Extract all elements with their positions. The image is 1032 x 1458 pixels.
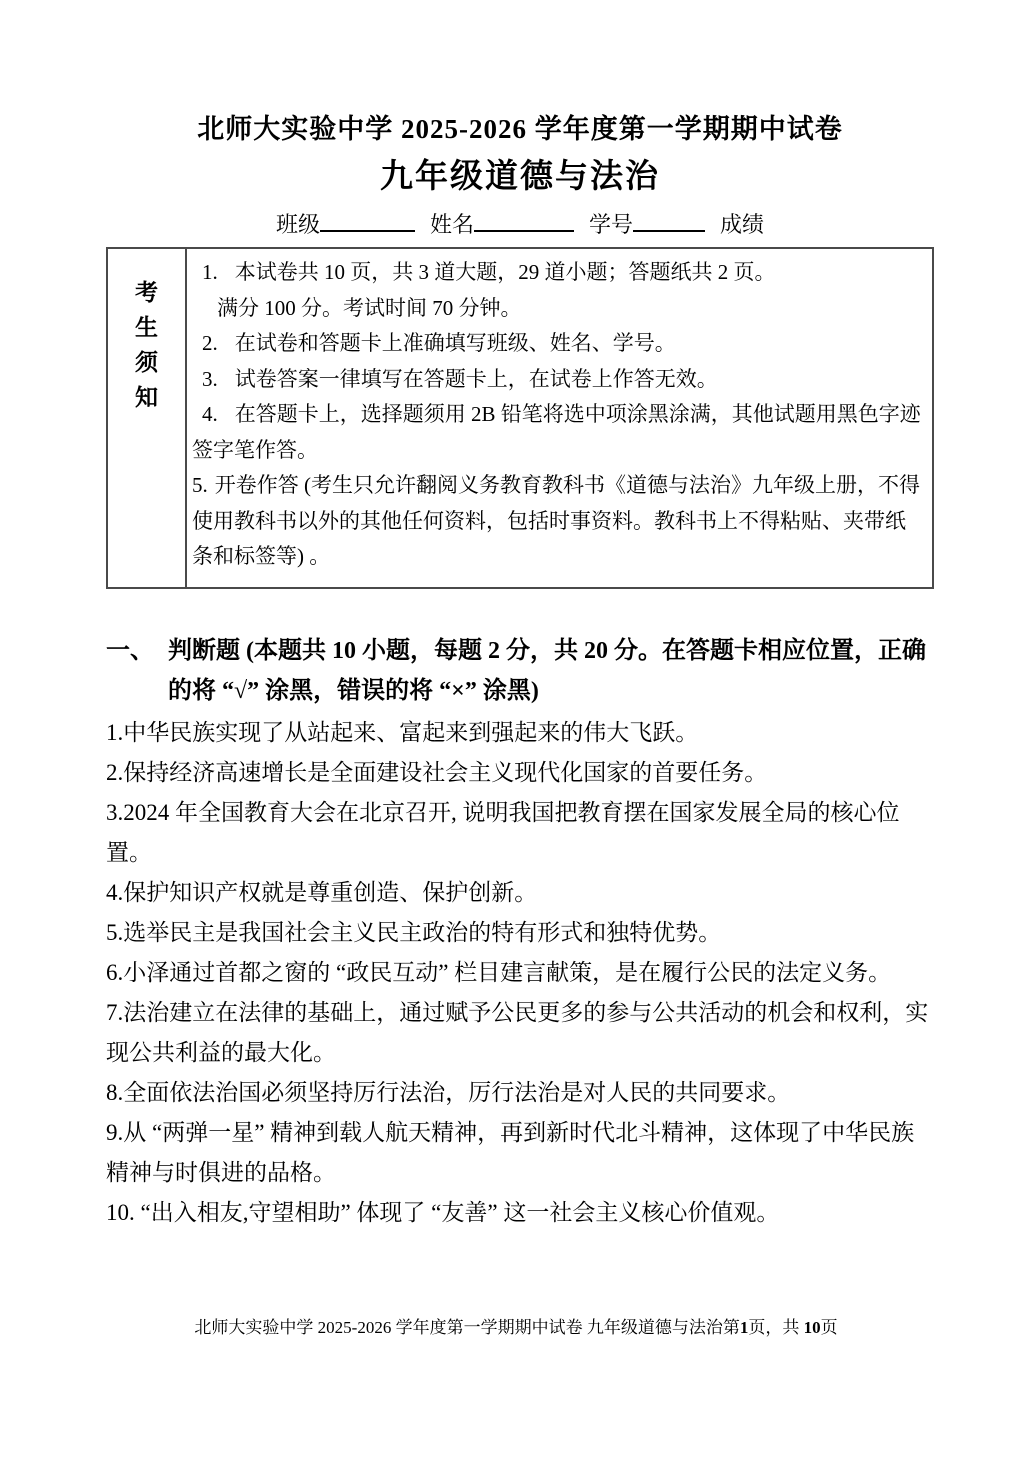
question-number: 10. — [106, 1200, 135, 1225]
question-item: 6.小泽通过首都之窗的 “政民互动” 栏目建言献策，是在履行公民的法定义务。 — [106, 953, 934, 993]
notice-item: 2.在试卷和答题卡上准确填写班级、姓名、学号。 — [192, 326, 924, 362]
question-text: 中华民族实现了从站起来、富起来到强起来的伟大飞跃。 — [123, 720, 698, 745]
question-text: 2024 年全国教育大会在北京召开, 说明我国把教育摆在国家发展全局的核心位置。 — [106, 800, 900, 865]
section-one-heading-text: 判断题 (本题共 10 小题，每题 2 分，共 20 分。在答题卡相应位置，正确… — [168, 638, 926, 704]
question-number: 1. — [106, 720, 123, 745]
notice-item-number: 1. — [202, 260, 218, 284]
notice-item-continuation: 满分 100 分。考试时间 70 分钟。 — [192, 291, 924, 327]
class-field-label: 班级 — [276, 210, 320, 240]
question-number: 7. — [106, 1000, 123, 1025]
question-number: 4. — [106, 880, 123, 905]
footer-text-middle: 页，共 — [748, 1318, 803, 1337]
question-number: 5. — [106, 920, 123, 945]
notice-item-number: 4. — [202, 402, 218, 426]
notice-item-text: 在答题卡上，选择题须用 2B 铅笔将选中项涂黑涂满，其他试题用黑色字迹签字笔作答… — [192, 402, 921, 462]
notice-item: 5.开卷作答 (考生只允许翻阅义务教育教科书《道德与法治》九年级上册，不得使用教… — [192, 468, 924, 575]
notice-item: 4.在答题卡上，选择题须用 2B 铅笔将选中项涂黑涂满，其他试题用黑色字迹签字笔… — [192, 397, 924, 468]
section-one-number: 一、 — [106, 631, 168, 671]
notice-side-char: 知 — [108, 380, 185, 415]
question-text: 选举民主是我国社会主义民主政治的特有形式和独特优势。 — [123, 920, 721, 945]
page-footer: 北师大实验中学 2025-2026 学年度第一学期期中试卷 九年级道德与法治第1… — [0, 1316, 1032, 1340]
notice-item-number: 2. — [202, 331, 218, 355]
footer-total-pages: 10 — [804, 1318, 821, 1337]
question-item: 10. “出入相友,守望相助” 体现了 “友善” 这一社会主义核心价值观。 — [106, 1193, 934, 1233]
question-text: 保护知识产权就是尊重创造、保护创新。 — [123, 880, 537, 905]
question-text: 保持经济高速增长是全面建设社会主义现代化国家的首要任务。 — [123, 760, 767, 785]
question-item: 7.法治建立在法律的基础上，通过赋予公民更多的参与公共活动的机会和权利，实现公共… — [106, 993, 934, 1073]
name-field-label: 姓名 — [430, 210, 474, 240]
notice-item: 1.本试卷共 10 页，共 3 道大题，29 道小题；答题纸共 2 页。 — [192, 255, 924, 291]
notice-side-char: 须 — [108, 345, 185, 380]
question-item: 4.保护知识产权就是尊重创造、保护创新。 — [106, 873, 934, 913]
question-number: 6. — [106, 960, 123, 985]
question-number: 2. — [106, 760, 123, 785]
notice-item-number: 5. — [192, 473, 208, 497]
question-number: 9. — [106, 1120, 123, 1145]
notice-item-text: 本试卷共 10 页，共 3 道大题，29 道小题；答题纸共 2 页。 — [235, 260, 776, 284]
question-text: 从 “两弹一星” 精神到载人航天精神，再到新时代北斗精神，这体现了中华民族精神与… — [106, 1120, 914, 1185]
student-id-field-label: 学号 — [589, 210, 633, 240]
notice-item-text: 开卷作答 (考生只允许翻阅义务教育教科书《道德与法治》九年级上册，不得使用教科书… — [192, 473, 920, 568]
footer-text-suffix: 页 — [821, 1318, 838, 1337]
question-item: 2.保持经济高速增长是全面建设社会主义现代化国家的首要任务。 — [106, 753, 934, 793]
exam-paper-page: 北师大实验中学 2025-2026 学年度第一学期期中试卷 九年级道德与法治 班… — [0, 0, 1032, 1458]
question-text: 全面依法治国必须坚持厉行法治，厉行法治是对人民的共同要求。 — [123, 1080, 790, 1105]
notice-items: 1.本试卷共 10 页，共 3 道大题，29 道小题；答题纸共 2 页。 满分 … — [187, 249, 932, 587]
page-content: 北师大实验中学 2025-2026 学年度第一学期期中试卷 九年级道德与法治 班… — [106, 0, 934, 1233]
question-number: 3. — [106, 800, 123, 825]
notice-side-label: 考 生 须 知 — [108, 249, 187, 587]
student-info-row: 班级姓名学号成绩 — [106, 210, 934, 240]
score-field-label: 成绩 — [720, 210, 764, 240]
examinee-notice-box: 考 生 须 知 1.本试卷共 10 页，共 3 道大题，29 道小题；答题纸共 … — [106, 247, 934, 589]
question-text: 法治建立在法律的基础上，通过赋予公民更多的参与公共活动的机会和权利，实现公共利益… — [106, 1000, 928, 1065]
question-item: 9.从 “两弹一星” 精神到载人航天精神，再到新时代北斗精神，这体现了中华民族精… — [106, 1113, 934, 1193]
question-item: 1.中华民族实现了从站起来、富起来到强起来的伟大飞跃。 — [106, 713, 934, 753]
question-number: 8. — [106, 1080, 123, 1105]
notice-side-char: 考 — [108, 275, 185, 310]
question-item: 5.选举民主是我国社会主义民主政治的特有形式和独特优势。 — [106, 913, 934, 953]
notice-item-text: 试卷答案一律填写在答题卡上，在试卷上作答无效。 — [235, 367, 718, 391]
question-list: 1.中华民族实现了从站起来、富起来到强起来的伟大飞跃。 2.保持经济高速增长是全… — [106, 713, 934, 1233]
notice-item: 3.试卷答案一律填写在答题卡上，在试卷上作答无效。 — [192, 362, 924, 398]
question-text: “出入相友,守望相助” 体现了 “友善” 这一社会主义核心价值观。 — [135, 1200, 780, 1225]
page-subtitle: 九年级道德与法治 — [106, 150, 934, 204]
class-field-blank — [320, 210, 415, 232]
footer-text-prefix: 北师大实验中学 2025-2026 学年度第一学期期中试卷 九年级道德与法治第 — [194, 1318, 739, 1337]
question-item: 8.全面依法治国必须坚持厉行法治，厉行法治是对人民的共同要求。 — [106, 1073, 934, 1113]
question-item: 3.2024 年全国教育大会在北京召开, 说明我国把教育摆在国家发展全局的核心位… — [106, 793, 934, 873]
student-id-field-blank — [633, 210, 705, 232]
notice-item-number: 3. — [202, 367, 218, 391]
name-field-blank — [474, 210, 574, 232]
section-one-heading: 一、判断题 (本题共 10 小题，每题 2 分，共 20 分。在答题卡相应位置，… — [106, 631, 934, 711]
page-title: 北师大实验中学 2025-2026 学年度第一学期期中试卷 — [106, 0, 934, 150]
notice-side-char: 生 — [108, 310, 185, 345]
question-text: 小泽通过首都之窗的 “政民互动” 栏目建言献策，是在履行公民的法定义务。 — [123, 960, 891, 985]
notice-item-text: 在试卷和答题卡上准确填写班级、姓名、学号。 — [235, 331, 676, 355]
